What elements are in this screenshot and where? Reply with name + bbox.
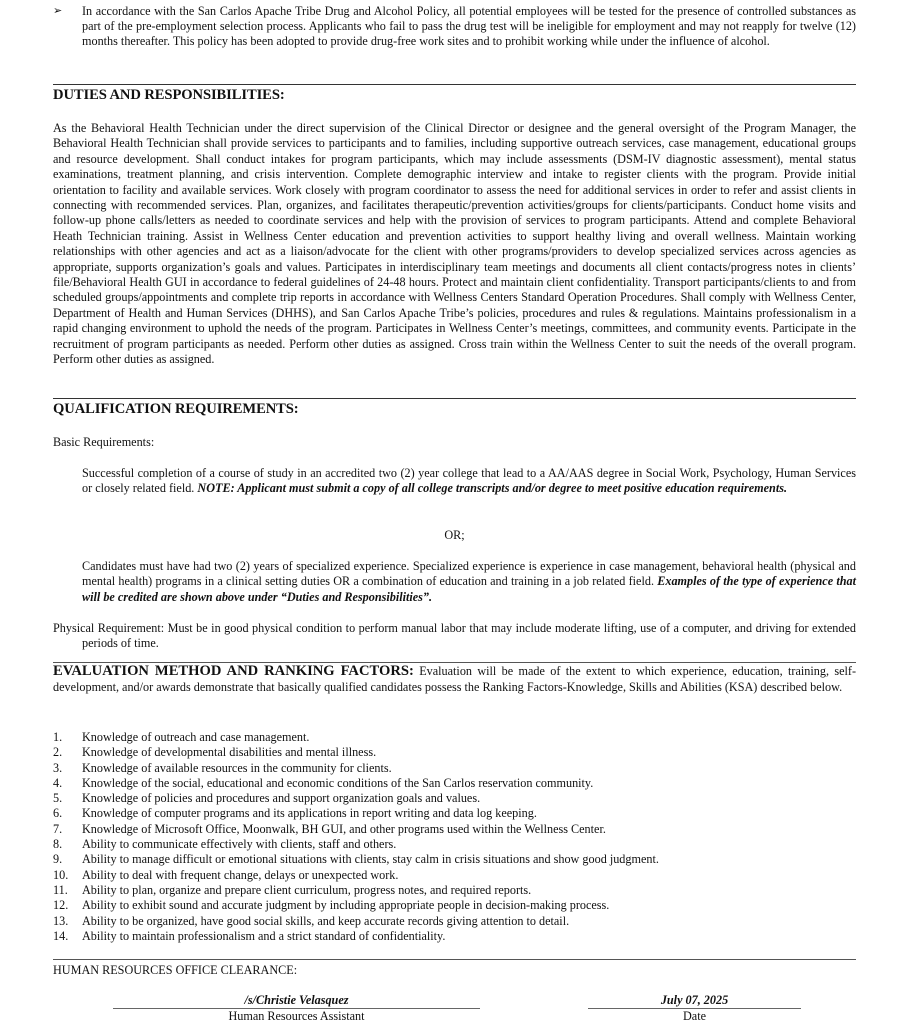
ranking-factor-item: 2.Knowledge of developmental disabilitie…: [53, 745, 856, 760]
ranking-factors-list: 1.Knowledge of outreach and case managem…: [53, 730, 856, 944]
section-divider: [53, 959, 856, 960]
experience-requirement: Candidates must have had two (2) years o…: [82, 559, 856, 605]
qualifications-heading: QUALIFICATION REQUIREMENTS:: [53, 401, 299, 418]
education-requirement: Successful completion of a course of stu…: [82, 466, 856, 497]
signature-value: /s/Christie Velasquez: [113, 993, 480, 1008]
ranking-factor-text: Ability to plan, organize and prepare cl…: [82, 883, 531, 897]
ranking-factor-text: Ability to communicate effectively with …: [82, 837, 396, 851]
duties-heading: DUTIES AND RESPONSIBILITIES:: [53, 87, 285, 104]
ranking-factor-text: Ability to deal with frequent change, de…: [82, 868, 398, 882]
evaluation-heading: EVALUATION METHOD AND RANKING FACTORS:: [53, 663, 414, 679]
ranking-factor-item: 11.Ability to plan, organize and prepare…: [53, 883, 856, 898]
ranking-factor-item: 6.Knowledge of computer programs and its…: [53, 806, 856, 821]
ranking-factor-text: Knowledge of computer programs and its a…: [82, 806, 537, 820]
section-divider: [53, 398, 856, 399]
ranking-factor-item: 9.Ability to manage difficult or emotion…: [53, 852, 856, 867]
ranking-factor-text: Ability to exhibit sound and accurate ju…: [82, 898, 609, 912]
ranking-factor-number: 6.: [53, 806, 62, 821]
ranking-factor-item: 14.Ability to maintain professionalism a…: [53, 929, 856, 944]
evaluation-paragraph: EVALUATION METHOD AND RANKING FACTORS: E…: [53, 663, 856, 695]
clearance-heading: HUMAN RESOURCES OFFICE CLEARANCE:: [53, 963, 856, 978]
ranking-factor-number: 12.: [53, 898, 68, 913]
section-divider: [53, 84, 856, 85]
date-caption: Date: [588, 1009, 801, 1024]
ranking-factor-item: 4.Knowledge of the social, educational a…: [53, 776, 856, 791]
ranking-factor-text: Ability to be organized, have good socia…: [82, 914, 569, 928]
ranking-factor-number: 13.: [53, 914, 68, 929]
ranking-factor-item: 12.Ability to exhibit sound and accurate…: [53, 898, 856, 913]
ranking-factor-text: Knowledge of Microsoft Office, Moonwalk,…: [82, 822, 606, 836]
ranking-factor-item: 1.Knowledge of outreach and case managem…: [53, 730, 856, 745]
duties-text: As the Behavioral Health Technician unde…: [53, 121, 856, 368]
ranking-factor-text: Knowledge of outreach and case managemen…: [82, 730, 309, 744]
or-separator: OR;: [53, 528, 856, 543]
ranking-factor-number: 2.: [53, 745, 62, 760]
ranking-factor-number: 9.: [53, 852, 62, 867]
date-value: July 07, 2025: [588, 993, 801, 1008]
ranking-factor-item: 13.Ability to be organized, have good so…: [53, 914, 856, 929]
ranking-factor-item: 10.Ability to deal with frequent change,…: [53, 868, 856, 883]
ranking-factor-number: 4.: [53, 776, 62, 791]
ranking-factor-number: 7.: [53, 822, 62, 837]
ranking-factor-number: 11.: [53, 883, 68, 898]
ranking-factor-text: Ability to manage difficult or emotional…: [82, 852, 659, 866]
arrow-bullet-icon: ➢: [53, 4, 62, 17]
ranking-factor-number: 5.: [53, 791, 62, 806]
basic-requirements-label: Basic Requirements:: [53, 435, 856, 450]
ranking-factor-number: 10.: [53, 868, 68, 883]
ranking-factor-item: 5.Knowledge of policies and procedures a…: [53, 791, 856, 806]
ranking-factor-text: Knowledge of the social, educational and…: [82, 776, 593, 790]
ranking-factor-text: Ability to maintain professionalism and …: [82, 929, 445, 943]
ranking-factor-text: Knowledge of policies and procedures and…: [82, 791, 480, 805]
ranking-factor-item: 8.Ability to communicate effectively wit…: [53, 837, 856, 852]
drug-policy-bullet: ➢ In accordance with the San Carlos Apac…: [53, 4, 856, 50]
ranking-factor-text: Knowledge of available resources in the …: [82, 761, 392, 775]
ranking-factor-number: 14.: [53, 929, 68, 944]
signature-caption: Human Resources Assistant: [113, 1009, 480, 1024]
ranking-factor-text: Knowledge of developmental disabilities …: [82, 745, 376, 759]
ranking-factor-item: 3.Knowledge of available resources in th…: [53, 761, 856, 776]
ranking-factor-number: 1.: [53, 730, 62, 745]
ranking-factor-number: 8.: [53, 837, 62, 852]
physical-requirement: Physical Requirement: Must be in good ph…: [53, 621, 856, 652]
education-note: NOTE: Applicant must submit a copy of al…: [197, 481, 787, 495]
ranking-factor-number: 3.: [53, 761, 62, 776]
drug-policy-text: In accordance with the San Carlos Apache…: [82, 4, 856, 50]
ranking-factor-item: 7.Knowledge of Microsoft Office, Moonwal…: [53, 822, 856, 837]
